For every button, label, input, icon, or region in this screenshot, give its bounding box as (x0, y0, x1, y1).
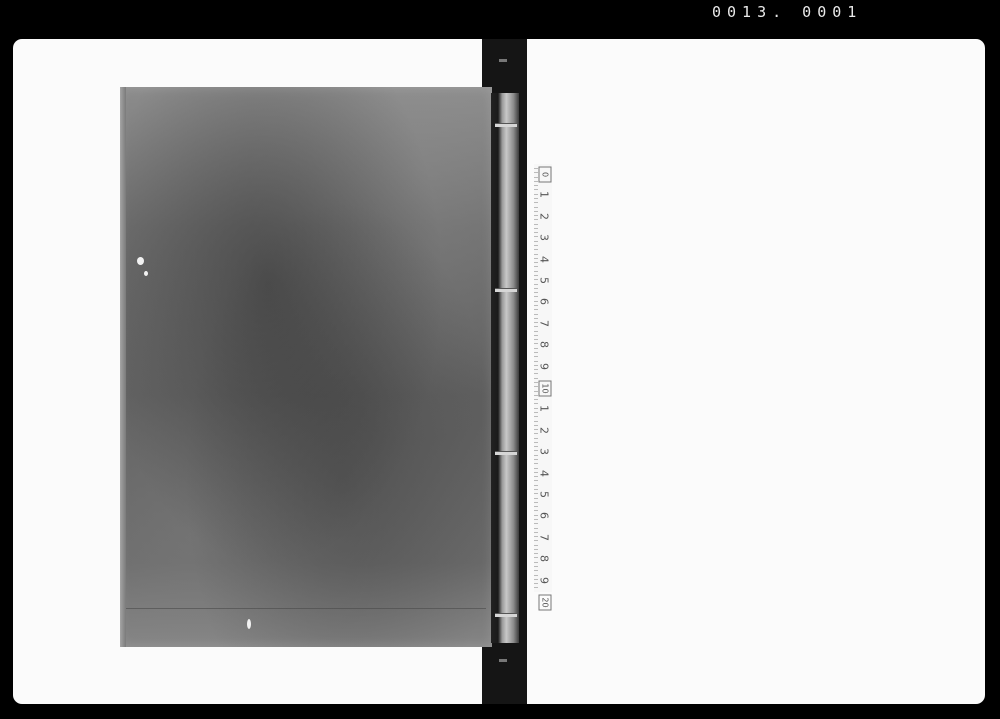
ruler-tick (534, 468, 538, 469)
ruler-tick (534, 575, 538, 576)
ruler-tick (534, 421, 538, 422)
ruler-tick (534, 249, 538, 250)
ruler-tick (534, 318, 538, 319)
ruler-tick (534, 262, 538, 263)
ruler-tick (534, 356, 538, 357)
ruler-label: 2 (539, 209, 550, 223)
spine-stitch (495, 288, 517, 292)
ruler-tick (534, 425, 538, 426)
ruler-tick (534, 438, 538, 439)
ruler-label: 9 (539, 359, 550, 373)
book-cover (120, 87, 492, 647)
ruler-tick (534, 232, 538, 233)
ruler-tick (534, 386, 538, 387)
measurement-ruler: 01234567891012345678920 (534, 164, 552, 592)
ruler-tick (534, 331, 538, 332)
ruler-label: 5 (539, 274, 550, 288)
ruler-tick (534, 412, 538, 413)
ruler-label: 4 (539, 466, 550, 480)
ruler-tick (534, 523, 538, 524)
ruler-tick (534, 258, 538, 259)
ruler-tick (534, 450, 538, 451)
right-backing-panel (526, 39, 985, 704)
ruler-label: 6 (539, 295, 550, 309)
book-spine (491, 93, 519, 643)
ruler-tick (534, 284, 538, 285)
ruler-tick (534, 335, 538, 336)
ruler-tick (534, 202, 538, 203)
ruler-label: 9 (539, 573, 550, 587)
ruler-tick (534, 181, 538, 182)
ruler-tick (534, 510, 538, 511)
ruler-tick (534, 579, 538, 580)
cover-left-edge (120, 87, 126, 647)
ruler-tick (534, 245, 538, 246)
ruler-tick (534, 515, 538, 516)
cover-speck (144, 271, 148, 276)
ruler-tick (534, 189, 538, 190)
ruler-tick (534, 326, 538, 327)
ruler-label: 8 (539, 552, 550, 566)
ruler-tick (534, 566, 538, 567)
ruler-label: 1 (539, 402, 550, 416)
ruler-tick (534, 549, 538, 550)
ruler-tick (534, 587, 538, 588)
ruler-tick (534, 476, 538, 477)
ruler-tick (534, 502, 538, 503)
ruler-tick (534, 236, 538, 237)
frame-counter: 0013. 0001 (712, 3, 862, 21)
ruler-label: 7 (539, 530, 550, 544)
cover-fold-line (126, 608, 486, 609)
ruler-tick (534, 378, 538, 379)
ruler-tick (534, 198, 538, 199)
ruler-tick (534, 463, 538, 464)
ruler-tick (534, 489, 538, 490)
ruler-tick (534, 540, 538, 541)
ruler-label: 20 (539, 595, 552, 611)
ruler-tick (534, 455, 538, 456)
ruler-tick (534, 266, 538, 267)
ruler-tick (534, 219, 538, 220)
ruler-tick (534, 314, 538, 315)
ruler-tick (534, 322, 538, 323)
ruler-tick (534, 408, 538, 409)
ruler-tick (534, 553, 538, 554)
ruler-tick (534, 506, 538, 507)
ruler-label: 5 (539, 488, 550, 502)
ruler-tick (534, 348, 538, 349)
ruler-tick (534, 275, 538, 276)
ruler-tick (534, 292, 538, 293)
ruler-tick (534, 288, 538, 289)
spine-stitch (495, 613, 517, 617)
ruler-label: 4 (539, 252, 550, 266)
ruler-tick (534, 493, 538, 494)
ruler-tick (534, 352, 538, 353)
ruler-tick (534, 305, 538, 306)
spine-stitch (495, 123, 517, 127)
ruler-tick (534, 361, 538, 362)
ruler-tick (534, 241, 538, 242)
ruler-tick (534, 211, 538, 212)
ruler-tick (534, 339, 538, 340)
ruler-tick (534, 369, 538, 370)
ruler-tick (534, 532, 538, 533)
ruler-label: 7 (539, 316, 550, 330)
ruler-tick (534, 296, 538, 297)
ruler-label: 3 (539, 445, 550, 459)
ruler-tick (534, 433, 538, 434)
ruler-tick (534, 168, 538, 169)
ruler-tick (534, 343, 538, 344)
ruler-tick (534, 254, 538, 255)
ruler-label: 2 (539, 423, 550, 437)
ruler-tick (534, 301, 538, 302)
ruler-tick (534, 498, 538, 499)
ruler-tick (534, 583, 538, 584)
ruler-tick (534, 228, 538, 229)
ruler-tick (534, 271, 538, 272)
ruler-tick (534, 403, 538, 404)
ruler-tick (534, 172, 538, 173)
ruler-tick (534, 570, 538, 571)
ruler-tick (534, 395, 538, 396)
ruler-tick (534, 207, 538, 208)
ruler-tick (534, 536, 538, 537)
ruler-tick (534, 194, 538, 195)
ruler-tick (534, 446, 538, 447)
ruler-tick (534, 391, 538, 392)
cover-speck (247, 619, 251, 629)
ruler-tick (534, 416, 538, 417)
gutter-mark-bottom (499, 659, 507, 662)
ruler-label: 6 (539, 509, 550, 523)
ruler-label: 8 (539, 338, 550, 352)
ruler-tick (534, 557, 538, 558)
ruler-tick (534, 382, 538, 383)
spine-stitch (495, 451, 517, 455)
ruler-tick (534, 459, 538, 460)
ruler-tick (534, 562, 538, 563)
ruler-tick (534, 399, 538, 400)
ruler-tick (534, 528, 538, 529)
ruler-label: 1 (539, 188, 550, 202)
ruler-tick (534, 215, 538, 216)
ruler-tick (534, 472, 538, 473)
gutter-mark-top (499, 59, 507, 62)
cover-speck (137, 257, 144, 265)
ruler-tick (534, 177, 538, 178)
ruler-tick (534, 545, 538, 546)
ruler-tick (534, 309, 538, 310)
ruler-tick (534, 224, 538, 225)
ruler-tick (534, 480, 538, 481)
ruler-tick (534, 519, 538, 520)
ruler-label: 0 (539, 167, 552, 183)
ruler-label: 3 (539, 231, 550, 245)
ruler-tick (534, 429, 538, 430)
ruler-tick (534, 365, 538, 366)
ruler-tick (534, 485, 538, 486)
ruler-label: 10 (539, 381, 552, 397)
ruler-tick (534, 279, 538, 280)
ruler-tick (534, 373, 538, 374)
ruler-tick (534, 185, 538, 186)
ruler-tick (534, 442, 538, 443)
